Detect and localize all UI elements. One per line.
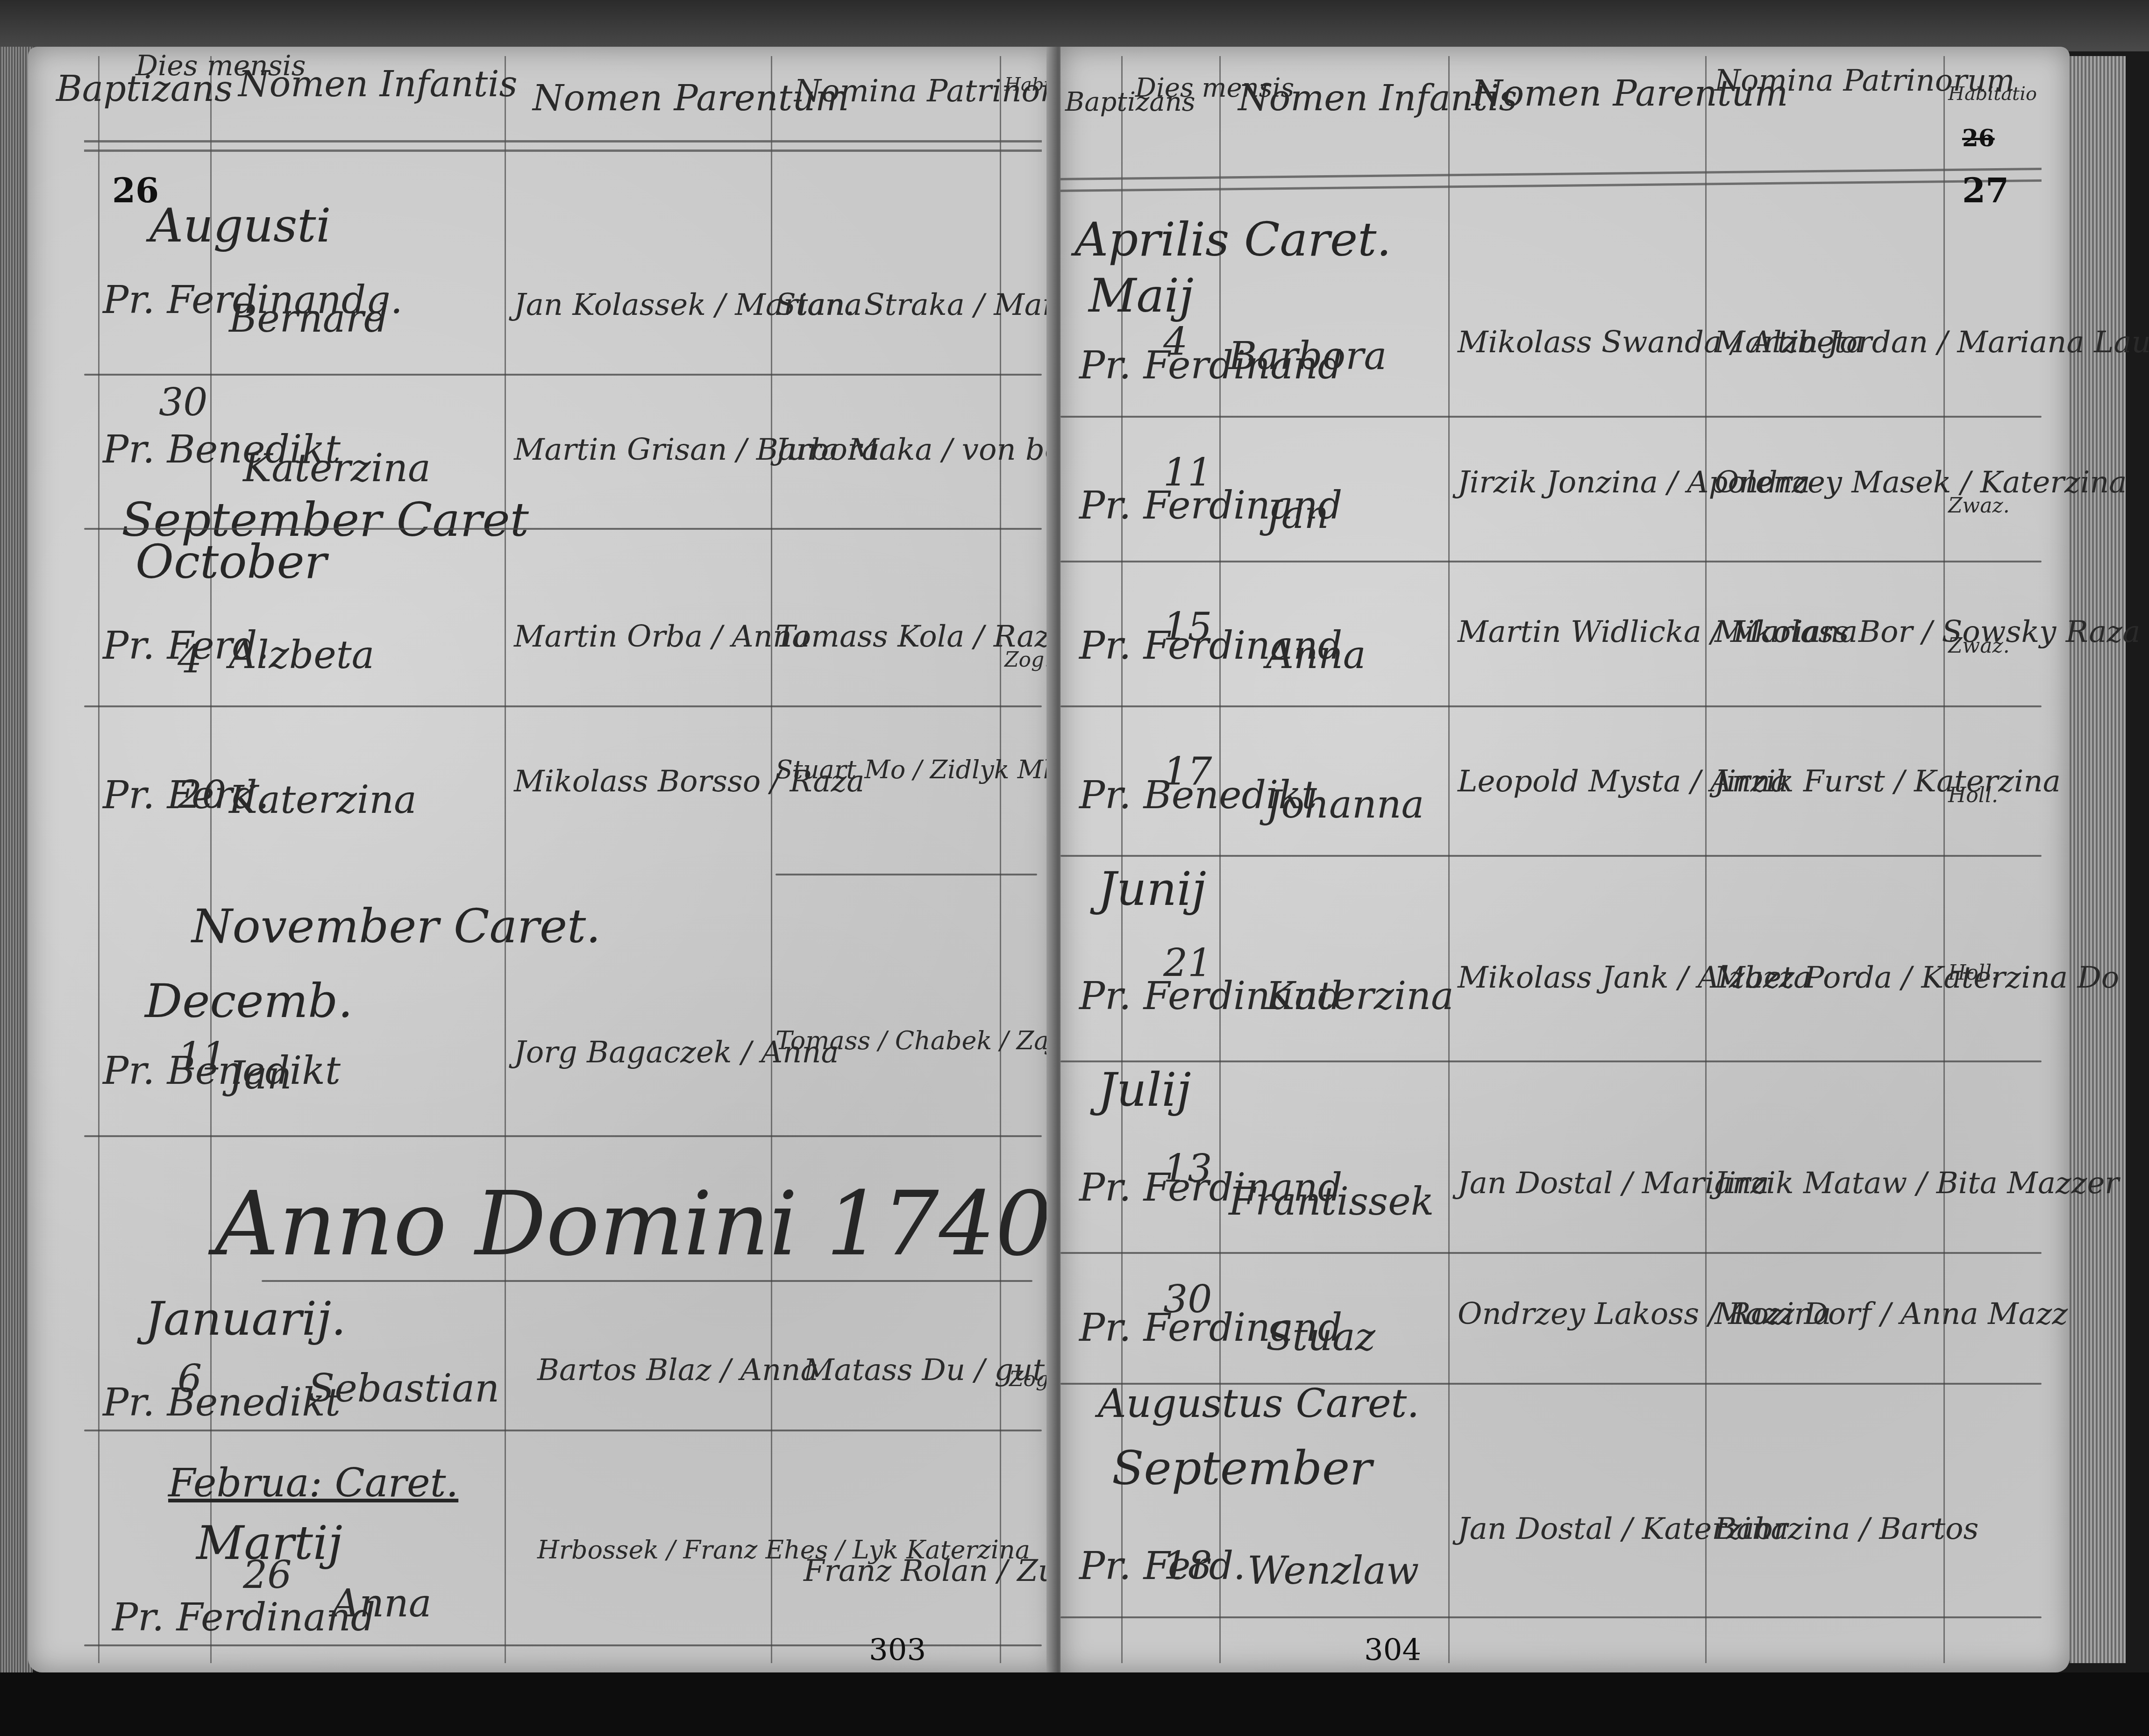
row-rule bbox=[84, 528, 1042, 530]
header-rule bbox=[84, 140, 1042, 142]
row-rule bbox=[84, 1430, 1042, 1431]
entry-residence: Zwaz. bbox=[1948, 495, 2010, 517]
entry-infant: Stuaz bbox=[1266, 1317, 1375, 1358]
entry-day: 21 bbox=[1163, 944, 1212, 984]
entry-infant: Anna bbox=[332, 1584, 432, 1624]
month-heading: Junij bbox=[1098, 864, 1206, 913]
month-heading: Januarij. bbox=[145, 1294, 346, 1343]
entry-day: 30 bbox=[159, 383, 207, 423]
page-edges-right bbox=[2070, 56, 2126, 1663]
entry-infant: Anna bbox=[1266, 635, 1366, 676]
entry-day: 11 bbox=[178, 1037, 226, 1077]
entry-day: 30 bbox=[1163, 1280, 1212, 1320]
entry-godparents: Jirzik Furst / Katerzina bbox=[1715, 766, 2061, 797]
column-divider bbox=[1943, 56, 1945, 1663]
header-habitatio: Habitatio bbox=[1948, 84, 2037, 104]
entry-infant: Wenzlaw bbox=[1247, 1551, 1419, 1591]
entry-infant: Katerzina bbox=[243, 448, 431, 489]
entry-infant: Jan bbox=[1266, 495, 1329, 535]
month-heading: Maij bbox=[1089, 271, 1194, 320]
book-binding-top bbox=[0, 0, 2149, 51]
header-rule bbox=[1060, 179, 2042, 192]
header-rule bbox=[84, 149, 1042, 152]
entry-residence: Zwaz. bbox=[1948, 635, 2010, 657]
row-rule bbox=[262, 1280, 1032, 1282]
entry-infant: Sebastian bbox=[308, 1369, 499, 1409]
entry-day: 13 bbox=[1163, 1149, 1212, 1189]
header-rule bbox=[1060, 168, 2042, 180]
row-rule bbox=[1060, 561, 2042, 562]
month-heading: Aprilis Caret. bbox=[1074, 215, 1391, 264]
column-divider bbox=[1448, 56, 1450, 1663]
entry-godparents: Jura Maka / von bota bbox=[776, 434, 1092, 466]
entry-day: 26 bbox=[243, 1556, 292, 1596]
entry-infant: Jan bbox=[229, 1056, 292, 1096]
row-rule bbox=[84, 705, 1042, 707]
month-heading: September bbox=[1112, 1444, 1372, 1493]
folio-number: 27 bbox=[1962, 173, 2009, 208]
row-rule bbox=[84, 374, 1042, 376]
month-heading: November Caret. bbox=[192, 902, 601, 951]
entry-baptizans: Pr. Ferd. bbox=[1079, 1546, 1245, 1587]
entry-residence: Holl. bbox=[1948, 962, 1998, 984]
column-divider bbox=[1705, 56, 1707, 1663]
entry-day: 20 bbox=[178, 776, 226, 816]
row-rule bbox=[776, 874, 1037, 875]
column-divider bbox=[98, 56, 100, 1663]
entry-day: 4 bbox=[178, 640, 202, 680]
entry-godparents: Jirzik Mataw / Bita Mazzer bbox=[1715, 1168, 2119, 1199]
entry-day: 15 bbox=[1163, 607, 1212, 647]
page-number: 304 bbox=[1364, 1635, 1421, 1666]
row-rule bbox=[1060, 416, 2042, 418]
month-heading: October bbox=[135, 537, 327, 586]
entry-infant: Barbora bbox=[1229, 336, 1387, 377]
month-heading: Augusti bbox=[149, 201, 331, 250]
background-bottom bbox=[0, 1672, 2149, 1736]
entry-day: 18 bbox=[1163, 1546, 1212, 1587]
entry-godparents: Mikolass Bor / Sowsky Raza bbox=[1715, 617, 2140, 648]
row-rule bbox=[1060, 1616, 2042, 1618]
header-nomen-infantis: Nomen Infantis bbox=[238, 65, 518, 103]
entry-day: 6 bbox=[178, 1359, 202, 1400]
entry-infant: Alzbeta bbox=[229, 635, 375, 676]
entry-godparents: Mazz Dorf / Anna Mazz bbox=[1715, 1299, 2068, 1330]
month-heading: Julij bbox=[1098, 1065, 1191, 1114]
entry-day: 11 bbox=[1163, 453, 1212, 493]
row-rule bbox=[1060, 855, 2042, 857]
entry-residence: Zog. bbox=[1004, 649, 1051, 671]
entry-infant: Johanna bbox=[1266, 785, 1424, 825]
month-heading: Augustus Caret. bbox=[1098, 1383, 1419, 1424]
month-heading: Decemb. bbox=[145, 976, 353, 1025]
page-number: 303 bbox=[869, 1635, 926, 1666]
entry-infant: Frantissek bbox=[1229, 1182, 1434, 1222]
entry-godparents: Babrzina / Bartos bbox=[1715, 1514, 1978, 1545]
row-rule bbox=[1060, 1252, 2042, 1254]
entry-infant: Katerzina bbox=[1266, 976, 1454, 1017]
row-rule bbox=[84, 1135, 1042, 1137]
right-page: Baptizans Dies mensis Nomen Infantis Nom… bbox=[1060, 47, 2070, 1672]
entry-day: 4 bbox=[1163, 322, 1188, 363]
row-rule bbox=[1060, 1060, 2042, 1062]
entry-infant: Bernard bbox=[229, 299, 388, 339]
folio-struck: 26 bbox=[1962, 126, 1995, 151]
entry-infant: Katerzina bbox=[229, 780, 417, 820]
left-page: Baptizans Dies mensis Nomen Infantis Nom… bbox=[28, 47, 1056, 1672]
entry-parents: Bartos Blaz / Anna bbox=[537, 1355, 818, 1386]
entry-day: 17 bbox=[1163, 752, 1212, 792]
year-heading: Anno Domini 1740 bbox=[215, 1177, 1052, 1271]
entry-baptizans: Pr. Benedikt bbox=[103, 1383, 341, 1423]
entry-residence: Holl. bbox=[1948, 785, 1998, 806]
entry-godparents: Martin Jordan / Mariana Laun bbox=[1715, 327, 2149, 358]
column-divider bbox=[505, 56, 506, 1663]
entry-godparents: Mazz Porda / Katerzina Do bbox=[1715, 962, 2119, 994]
entry-godparents: Ondrzey Masek / Katerzina bbox=[1715, 467, 2127, 498]
row-rule bbox=[1060, 705, 2042, 707]
entry-parents: Martin Orba / Anna bbox=[514, 621, 810, 653]
month-heading: Februa: Caret. bbox=[168, 1462, 458, 1503]
